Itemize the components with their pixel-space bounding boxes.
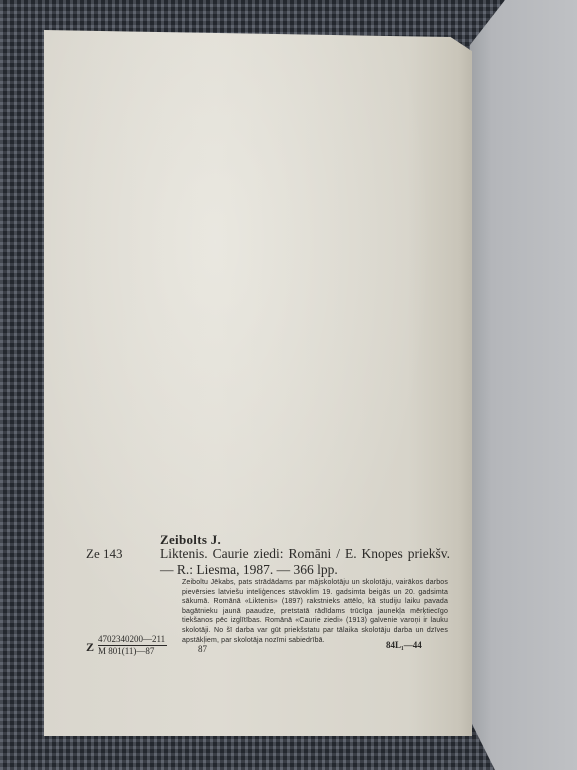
fraction-denominator: M 801(11)—87 bbox=[98, 646, 167, 657]
shelf-code: Ze 143 bbox=[86, 546, 122, 562]
annotation-paragraph: Zeiboltu Jēkabs, pats strādādams par māj… bbox=[182, 578, 448, 645]
fraction-numerator: 4702340200—211 bbox=[98, 634, 167, 646]
index-code: 84L₁—44 bbox=[386, 640, 422, 650]
publication-code-fraction: 4702340200—211 M 801(11)—87 bbox=[98, 634, 167, 657]
book-page: Zeibolts J. Ze 143 Liktenis. Caurie zied… bbox=[44, 30, 472, 736]
fraction-suffix: 87 bbox=[198, 644, 207, 654]
facing-page bbox=[470, 0, 577, 770]
bibliographic-title: Liktenis. Caurie ziedi: Romāni / E. Knop… bbox=[160, 546, 450, 578]
classification-letter: Z bbox=[86, 640, 94, 655]
